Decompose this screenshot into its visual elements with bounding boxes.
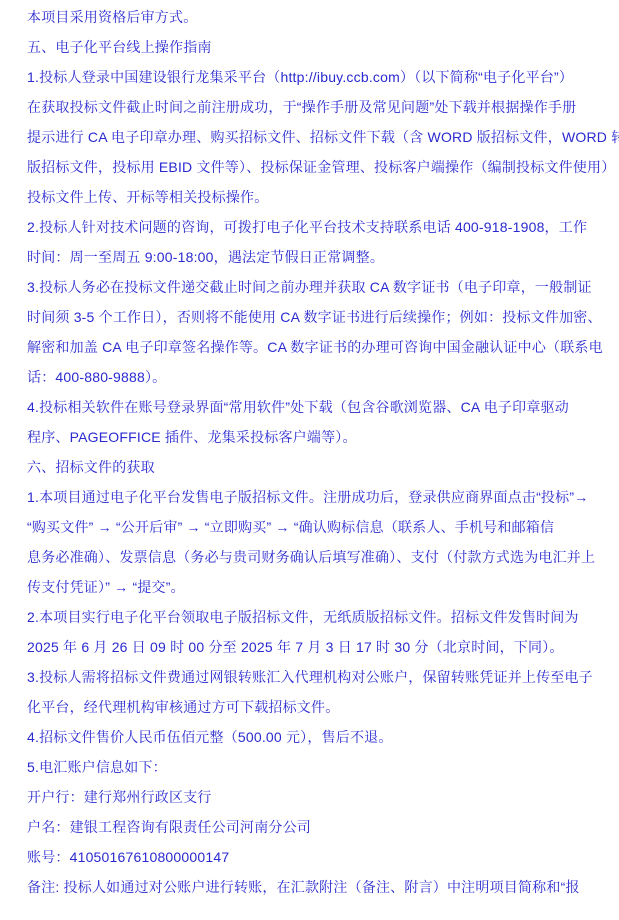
document-body: 本项目采用资格后审方式。五、电子化平台线上操作指南1.投标人登录中国建设银行龙集… [27, 2, 603, 920]
document-line: 传支付凭证）” → “提交”。 [27, 572, 603, 602]
document-line: 1.投标人登录中国建设银行龙集采平台（http://ibuy.ccb.com）（… [27, 62, 603, 92]
document-line: 4.招标文件售价人民币伍佰元整（500.00 元），售后不退。 [27, 722, 603, 752]
document-line: 息务必准确）、发票信息（务必与贵司财务确认后填写准确）、支付（付款方式选为电汇并… [27, 542, 603, 572]
document-line: 提示进行 CA 电子印章办理、购买招标文件、招标文件下载（含 WORD 版招标文… [27, 122, 603, 152]
document-line: 在获取投标文件截止时间之前注册成功，于“操作手册及常见问题”处下载并根据操作手册 [27, 92, 603, 122]
document-line: 开户行：建行郑州行政区支行 [27, 782, 603, 812]
document-line: 版招标文件，投标用 EBID 文件等）、投标保证金管理、投标客户端操作（编制投标… [27, 152, 603, 182]
document-line: 六、招标文件的获取 [27, 452, 603, 482]
document-line: 3.投标人需将招标文件费通过网银转账汇入代理机构对公账户，保留转账凭证并上传至电… [27, 662, 603, 692]
document-line: 备注: 投标人如通过对公账户进行转账，在汇款附注（备注、附言）中注明项目简称和“… [27, 872, 603, 902]
document-line: 时间须 3-5 个工作日），否则将不能使用 CA 数字证书进行后续操作；例如：投… [27, 302, 603, 332]
document-line: 程序、PAGEOFFICE 插件、龙集采投标客户端等）。 [27, 422, 603, 452]
document-line: “购买文件” → “公开后审” → “立即购买” → “确认购标信息（联系人、手… [27, 512, 603, 542]
document-line: 1.本项目通过电子化平台发售电子版招标文件。注册成功后，登录供应商界面点击“投标… [27, 482, 603, 512]
document-line: 5.电汇账户信息如下： [27, 752, 603, 782]
document-line: 化平台，经代理机构审核通过方可下载招标文件。 [27, 692, 603, 722]
document-line: 解密和加盖 CA 电子印章签名操作等。CA 数字证书的办理可咨询中国金融认证中心… [27, 332, 603, 362]
document-page: 本项目采用资格后审方式。五、电子化平台线上操作指南1.投标人登录中国建设银行龙集… [0, 0, 619, 920]
document-line: 投标文件上传、开标等相关投标操作。 [27, 182, 603, 212]
document-line: 2.本项目实行电子化平台领取电子版招标文件，无纸质版招标文件。招标文件发售时间为 [27, 602, 603, 632]
document-line: 户名：建银工程咨询有限责任公司河南分公司 [27, 812, 603, 842]
document-line: 账号：41050167610800000147 [27, 842, 603, 872]
document-line: 本项目采用资格后审方式。 [27, 2, 603, 32]
document-line: 话：400-880-9888）。 [27, 362, 603, 392]
document-line: 4.投标相关软件在账号登录界面“常用软件”处下载（包含谷歌浏览器、CA 电子印章… [27, 392, 603, 422]
document-line: 五、电子化平台线上操作指南 [27, 32, 603, 62]
document-line: 2025 年 6 月 26 日 09 时 00 分至 2025 年 7 月 3 … [27, 632, 603, 662]
document-line: 2.投标人针对技术问题的咨询，可拨打电子化平台技术支持联系电话 400-918-… [27, 212, 603, 242]
document-line: 时间：周一至周五 9:00-18:00，遇法定节假日正常调整。 [27, 242, 603, 272]
document-line: 3.投标人务必在投标文件递交截止时间之前办理并获取 CA 数字证书（电子印章，一… [27, 272, 603, 302]
